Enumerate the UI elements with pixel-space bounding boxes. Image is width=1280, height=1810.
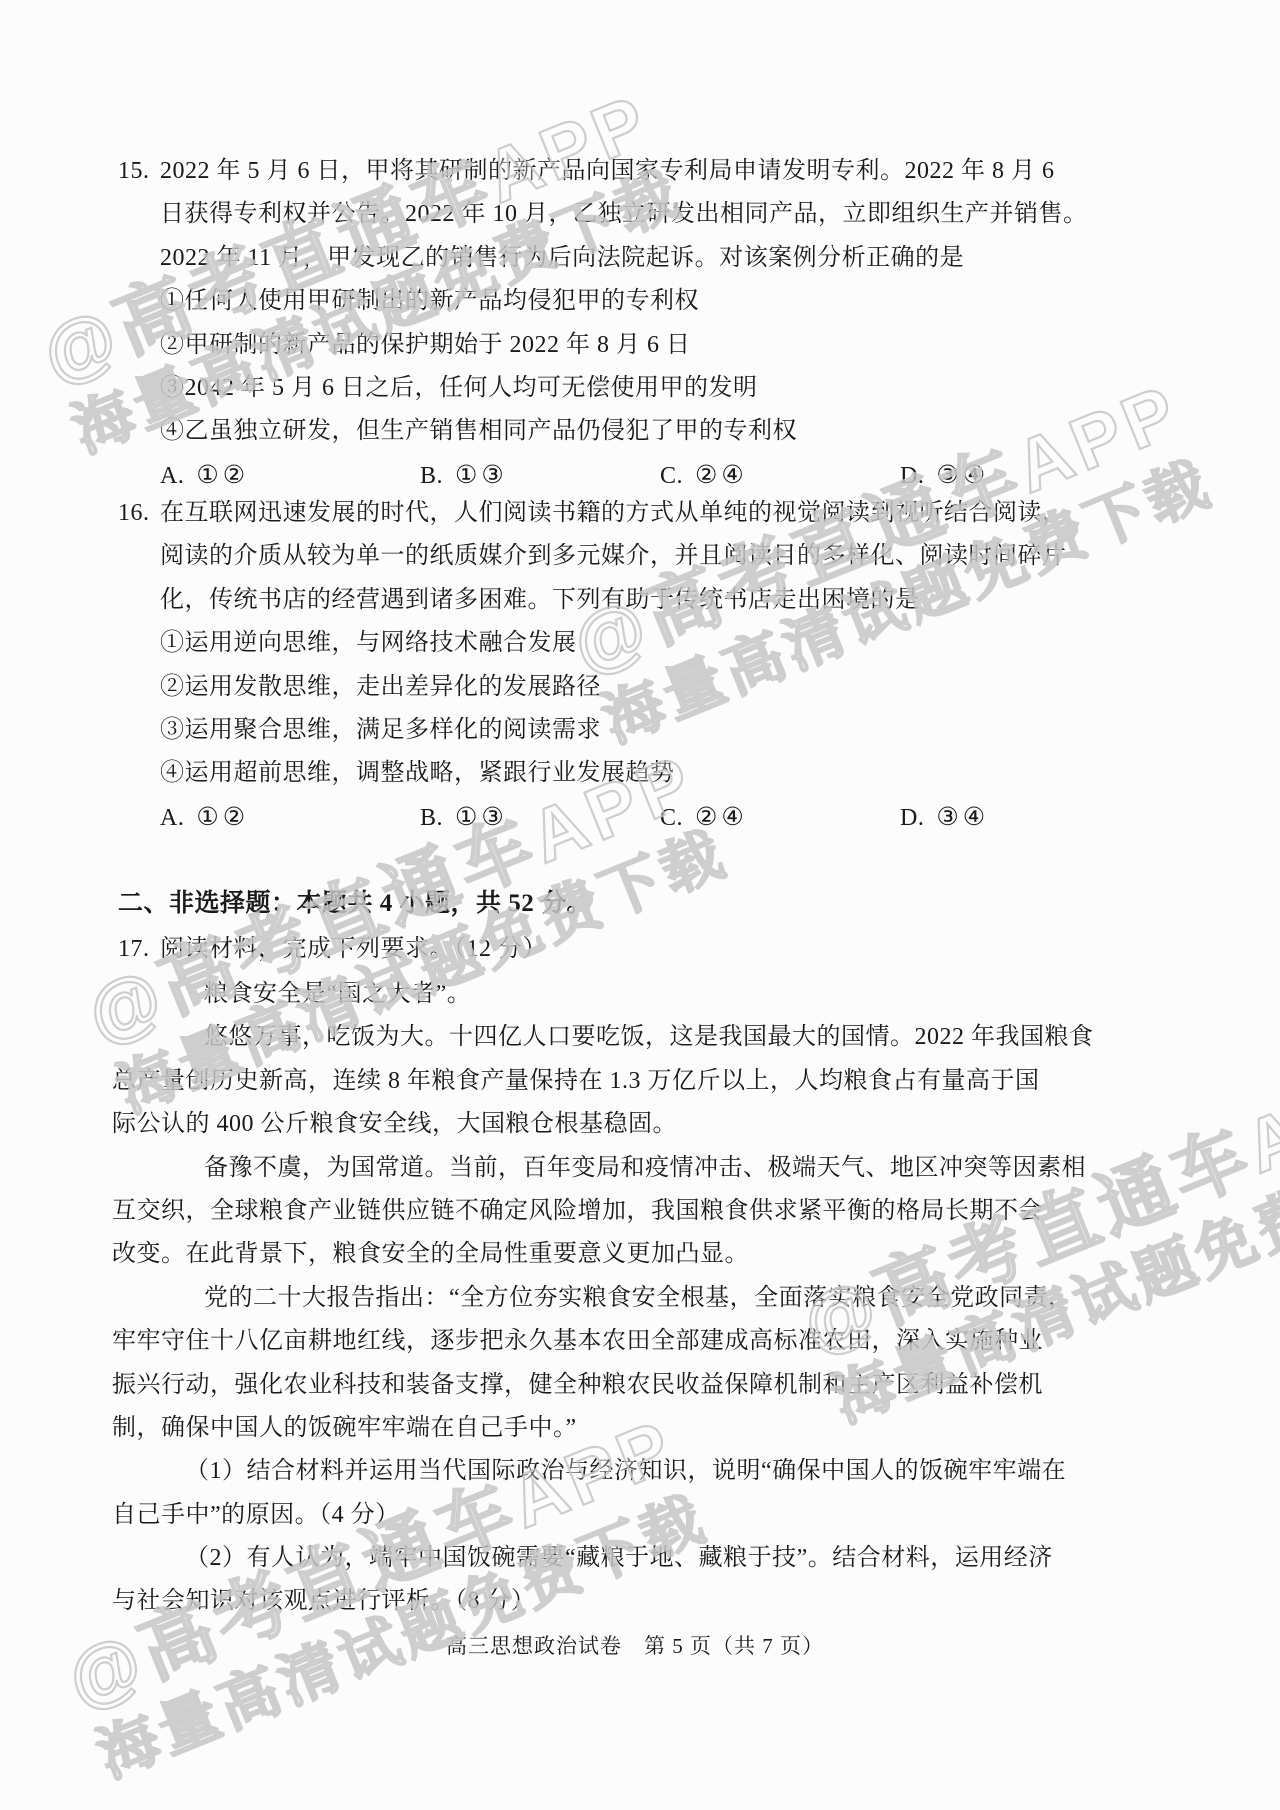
exam-page: 15.2022 年 5 月 6 日，甲将其研制的新产品向国家专利局申请发明专利。… [0,0,1280,1810]
subquestion-1-line: 自己手中”的原因。（4 分） [112,1494,1187,1537]
material-line: 改变。在此背景下，粮食安全的全局性重要意义更加凸显。 [112,1233,1187,1276]
stem-text: 在互联网迅速发展的时代，人们阅读书籍的方式从单纯的视觉阅读到视听结合阅读， [160,500,1067,526]
subquestion-2-line: 与社会知识对该观点进行评析。（8 分） [112,1580,1187,1623]
question-number: 17. [118,928,160,971]
option-label: D. [900,463,924,489]
option-value: ①② [196,804,249,831]
stem-text: 2022 年 5 月 6 日，甲将其研制的新产品向国家专利局申请发明专利。202… [160,158,1055,184]
question-15: 15.2022 年 5 月 6 日，甲将其研制的新产品向国家专利局申请发明专利。… [118,150,1088,497]
section-2-header: 二、非选择题：本题共 4 小题，共 52 分。 [118,883,592,919]
option-value: ③④ [936,804,989,831]
material-line: 总产量创历史新高，连续 8 年粮食产量保持在 1.3 万亿斤以上，人均粮食占有量… [112,1060,1187,1103]
option-label: A. [160,805,184,831]
question-17-intro-line: 17.阅读材料，完成下列要求。（12 分） [118,928,547,971]
option-b: B.①③ [420,454,508,497]
material-line: 备豫不虞，为国常道。当前，百年变局和疫情冲击、极端天气、地区冲突等因素相 [112,1147,1187,1190]
question-16: 16.在互联网迅速发展的时代，人们阅读书籍的方式从单纯的视觉阅读到视听结合阅读，… [118,492,1067,839]
option-label: B. [420,805,443,831]
question-16-item-1: ①运用逆向思维，与网络技术融合发展 [118,622,1067,665]
option-label: A. [160,463,184,489]
question-16-item-3: ③运用聚合思维，满足多样化的阅读需求 [118,709,1067,752]
question-15-item-4: ④乙虽独立研发，但生产销售相同产品仍侵犯了甲的专利权 [118,410,1088,453]
option-d: D.③④ [900,796,989,839]
option-value: ③④ [936,462,989,489]
option-a: A.①② [160,454,249,497]
question-16-stem-line: 阅读的介质从较为单一的纸质媒介到多元媒介，并且阅读目的多样化、阅读时间碎片 [118,535,1067,578]
question-15-options: A.①② B.①③ C.②④ D.③④ [118,454,1088,497]
question-16-stem-line: 化，传统书店的经营遇到诸多困难。下列有助于传统书店走出困境的是 [118,579,1067,622]
material-line: 振兴行动，强化农业科技和装备支撑，健全种粮农民收益保障机制和主产区利益补偿机 [112,1364,1187,1407]
option-value: ②④ [695,462,748,489]
material-line: 悠悠万事，吃饭为大。十四亿人口要吃饭，这是我国最大的国情。2022 年我国粮食 [112,1016,1187,1059]
question-16-stem-line: 16.在互联网迅速发展的时代，人们阅读书籍的方式从单纯的视觉阅读到视听结合阅读， [118,492,1067,535]
question-15-stem-line: 2022 年 11 月，甲发现乙的销售行为后向法院起诉。对该案例分析正确的是 [118,237,1088,280]
option-c: C.②④ [660,454,748,497]
material-line: 牢牢守住十八亿亩耕地红线，逐步把永久基本农田全部建成高标准农田，深入实施种业 [112,1320,1187,1363]
question-number: 16. [118,492,160,535]
material-line: 粮食安全是“国之大者”。 [112,973,1187,1016]
material-line: 党的二十大报告指出：“全方位夯实粮食安全根基，全面落实粮食安全党政同责， [112,1277,1187,1320]
subquestion-2-line: （2）有人认为，端牢中国饭碗需要“藏粮于地、藏粮于技”。结合材料，运用经济 [112,1537,1187,1580]
material-line: 制，确保中国人的饭碗牢牢端在自己手中。” [112,1407,1187,1450]
option-label: D. [900,805,924,831]
question-15-item-3: ③2042 年 5 月 6 日之后，任何人均可无偿使用甲的发明 [118,367,1088,410]
option-label: C. [660,463,683,489]
option-c: C.②④ [660,796,748,839]
question-15-item-2: ②甲研制的新产品的保护期始于 2022 年 8 月 6 日 [118,324,1088,367]
option-value: ①③ [455,462,508,489]
question-16-item-2: ②运用发散思维，走出差异化的发展路径 [118,666,1067,709]
intro-text: 阅读材料，完成下列要求。（12 分） [160,936,547,962]
option-a: A.①② [160,796,249,839]
question-16-item-4: ④运用超前思维，调整战略，紧跟行业发展趋势 [118,752,1067,795]
option-d: D.③④ [900,454,989,497]
question-15-item-1: ①任何人使用甲研制出的新产品均侵犯甲的专利权 [118,280,1088,323]
option-value: ①② [196,462,249,489]
question-16-options: A.①② B.①③ C.②④ D.③④ [118,796,1067,839]
option-b: B.①③ [420,796,508,839]
page-footer: 高三思想政治试卷 第 5 页（共 7 页） [0,1630,1270,1660]
subquestion-1-line: （1）结合材料并运用当代国际政治与经济知识，说明“确保中国人的饭碗牢牢端在 [112,1450,1187,1493]
material-line: 互交织，全球粮食产业链供应链不确定风险增加，我国粮食供求紧平衡的格局长期不会 [112,1190,1187,1233]
option-value: ①③ [455,804,508,831]
question-15-stem-line: 日获得专利权并公告。2022 年 10 月，乙独立研发出相同产品，立即组织生产并… [118,193,1088,236]
material-line: 际公认的 400 公斤粮食安全线，大国粮仓根基稳固。 [112,1103,1187,1146]
question-17-material: 粮食安全是“国之大者”。 悠悠万事，吃饭为大。十四亿人口要吃饭，这是我国最大的国… [112,973,1187,1624]
question-17-header: 17.阅读材料，完成下列要求。（12 分） [118,928,547,971]
question-15-stem-line: 15.2022 年 5 月 6 日，甲将其研制的新产品向国家专利局申请发明专利。… [118,150,1088,193]
question-number: 15. [118,150,160,193]
option-label: B. [420,463,443,489]
option-label: C. [660,805,683,831]
option-value: ②④ [695,804,748,831]
